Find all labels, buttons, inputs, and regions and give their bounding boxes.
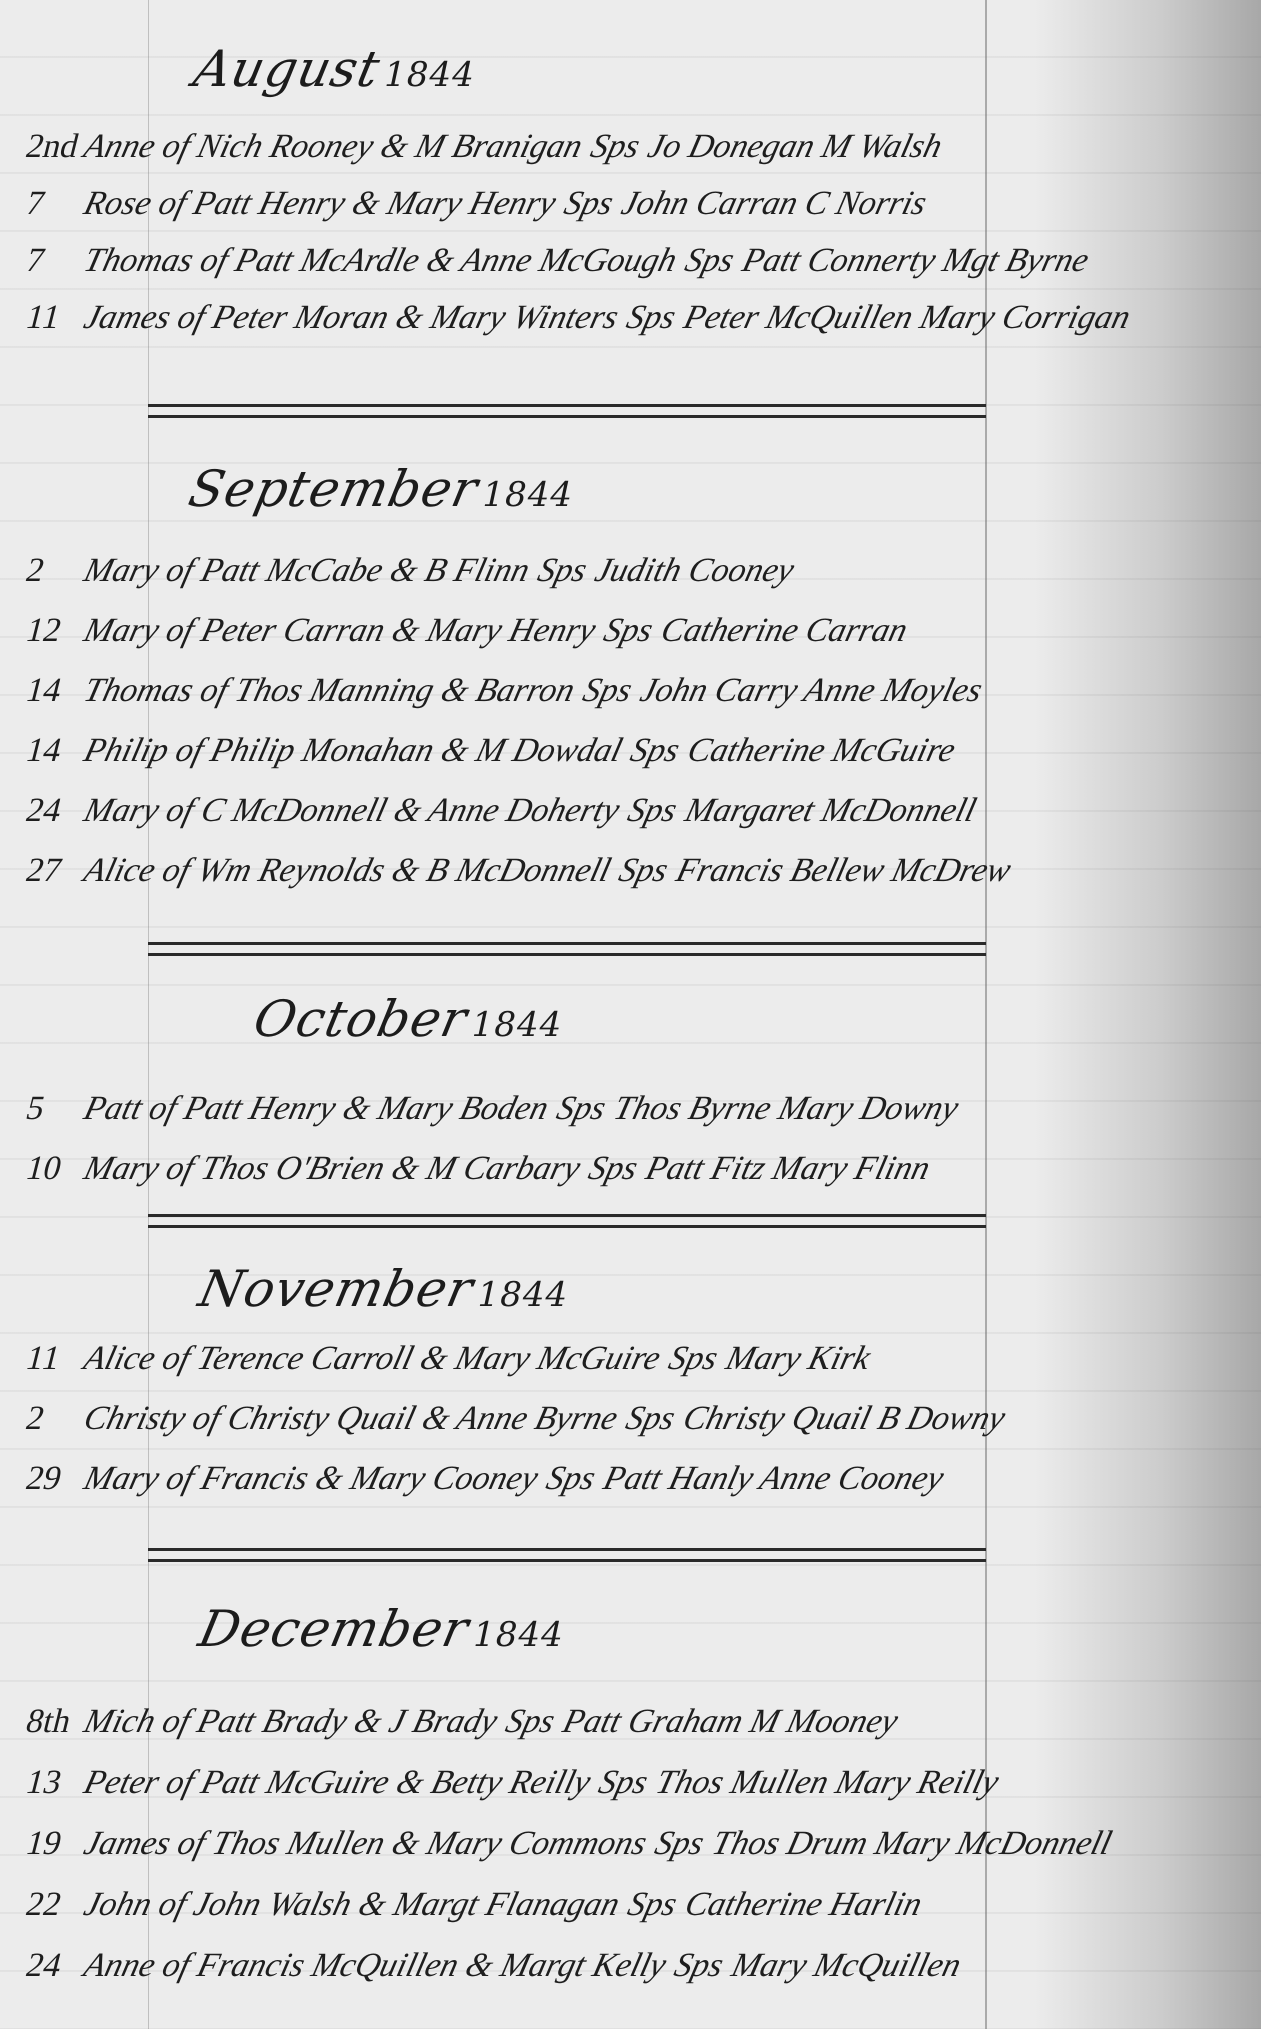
entry: 29Mary of Francis & Mary CooneySpsPatt H… [22, 1460, 1251, 1498]
entry: 11James of Peter Moran & Mary WintersSps… [22, 299, 1251, 337]
entry: 27Alice of Wm Reynolds & B McDonnellSpsF… [22, 852, 1251, 890]
entry: 2ndAnne of Nich Rooney & M BraniganSpsJo… [22, 128, 1251, 166]
entry: 12Mary of Peter Carran & Mary HenrySpsCa… [22, 612, 1251, 650]
month-heading-december: December1844 [194, 1600, 571, 1658]
entry: 11Alice of Terence Carroll & Mary McGuir… [22, 1340, 1251, 1378]
section-divider [148, 942, 986, 956]
entry: 7Thomas of Patt McArdle & Anne McGoughSp… [22, 242, 1251, 280]
section-divider [148, 1214, 986, 1228]
register-page: August1844 2ndAnne of Nich Rooney & M Br… [0, 0, 1261, 2029]
entry: 24Mary of C McDonnell & Anne DohertySpsM… [22, 792, 1251, 830]
entry: 10Mary of Thos O'Brien & M CarbarySpsPat… [22, 1150, 1251, 1188]
entry: 5Patt of Patt Henry & Mary BodenSpsThos … [22, 1090, 1251, 1128]
entry: 14Philip of Philip Monahan & M DowdalSps… [22, 732, 1251, 770]
entry: 24Anne of Francis McQuillen & Margt Kell… [22, 1947, 1251, 1985]
entry: 13Peter of Patt McGuire & Betty ReillySp… [22, 1764, 1251, 1802]
entry: 22John of John Walsh & Margt FlanaganSps… [22, 1886, 1251, 1924]
month-heading-september: September1844 [184, 460, 580, 518]
entry: 19James of Thos Mullen & Mary CommonsSps… [22, 1825, 1251, 1863]
entry: 2Mary of Patt McCabe & B FlinnSpsJudith … [22, 552, 1251, 590]
section-divider [148, 404, 986, 418]
entry: 7Rose of Patt Henry & Mary HenrySpsJohn … [22, 185, 1251, 223]
month-heading-november: November1844 [194, 1260, 575, 1318]
entry: 2Christy of Christy Quail & Anne ByrneSp… [22, 1400, 1251, 1438]
month-heading-october: October1844 [249, 990, 570, 1048]
month-heading-august: August1844 [189, 40, 482, 98]
entry: 14Thomas of Thos Manning & BarronSpsJohn… [22, 672, 1251, 710]
section-divider [148, 1548, 986, 1562]
entry: 8thMich of Patt Brady & J BradySpsPatt G… [22, 1703, 1251, 1741]
